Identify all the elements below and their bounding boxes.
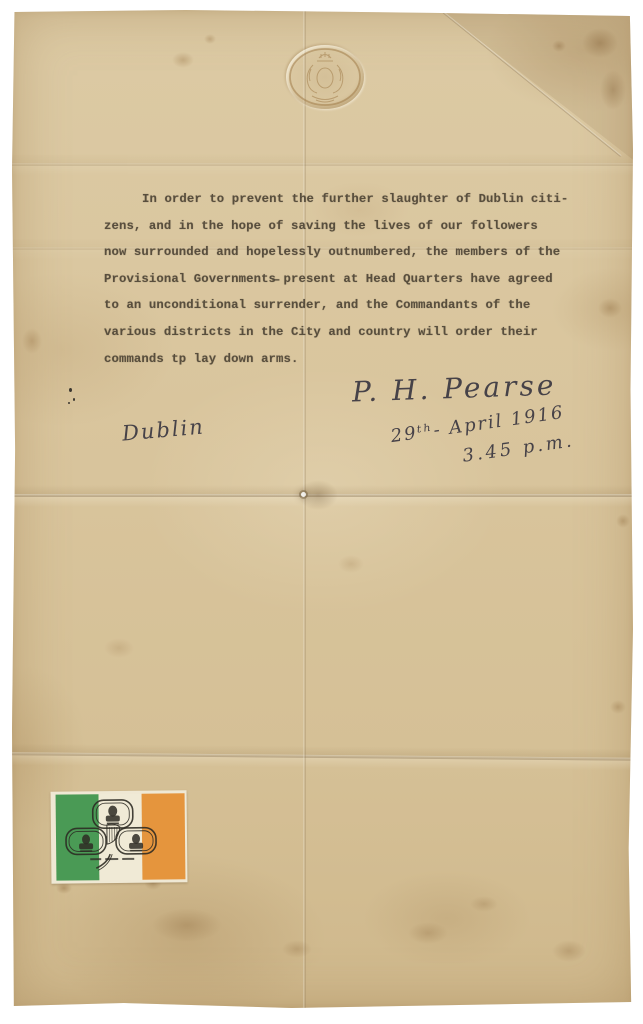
- typed-line: to an unconditional surrender, and the C…: [104, 292, 594, 319]
- stain: [408, 922, 448, 944]
- stain: [172, 52, 194, 68]
- typed-surrender-text: In order to prevent the further slaughte…: [104, 186, 594, 372]
- stain: [616, 514, 630, 528]
- stain: [600, 70, 626, 110]
- handwritten-time: 3.45 p.m.: [461, 430, 576, 467]
- embossed-royal-coat-of-arms-seal: [286, 45, 364, 109]
- document-photo: In order to prevent the further slaughte…: [0, 0, 643, 1024]
- aged-paper-sheet: In order to prevent the further slaughte…: [12, 10, 633, 1008]
- stain: [598, 298, 622, 318]
- vertical-fold-crease: [303, 10, 306, 1008]
- horizontal-fold-crease-middle: [12, 494, 633, 497]
- typed-line: Provisional Governments̶ present at Head…: [104, 266, 594, 293]
- stain: [152, 908, 222, 942]
- stain: [56, 882, 72, 894]
- stain: [610, 700, 626, 714]
- stain: [470, 896, 498, 912]
- shamrock-portraits-overprint: [60, 797, 169, 874]
- stain: [338, 555, 364, 573]
- handwritten-place: Dublin: [121, 414, 206, 445]
- typed-line: now surrounded and hopelessly outnumbere…: [104, 239, 594, 266]
- typed-line: commands tp lay down arms.: [104, 346, 594, 373]
- stain: [282, 940, 312, 958]
- fold-pinhole: [301, 492, 306, 497]
- stain: [104, 638, 134, 658]
- typed-line: In order to prevent the further slaughte…: [104, 186, 594, 213]
- stain: [582, 28, 618, 58]
- irish-tricolour-shamrock-portraits-stamp: [51, 790, 188, 883]
- ink-speck: [73, 398, 75, 401]
- horizontal-fold-crease-lower: [12, 752, 633, 760]
- typed-line: various districts in the City and countr…: [104, 319, 594, 346]
- stain: [204, 34, 216, 44]
- ink-speck: [69, 388, 72, 392]
- signature-ph-pearse: P. H. Pearse: [351, 368, 556, 408]
- diagonal-fold-crease: [441, 10, 622, 157]
- stain: [552, 40, 566, 52]
- typed-line: zens, and in the hope of saving the live…: [104, 213, 594, 240]
- stain: [22, 328, 42, 354]
- horizontal-crease-faint-top: [12, 163, 633, 166]
- stain: [552, 940, 586, 962]
- ink-speck: [68, 402, 70, 404]
